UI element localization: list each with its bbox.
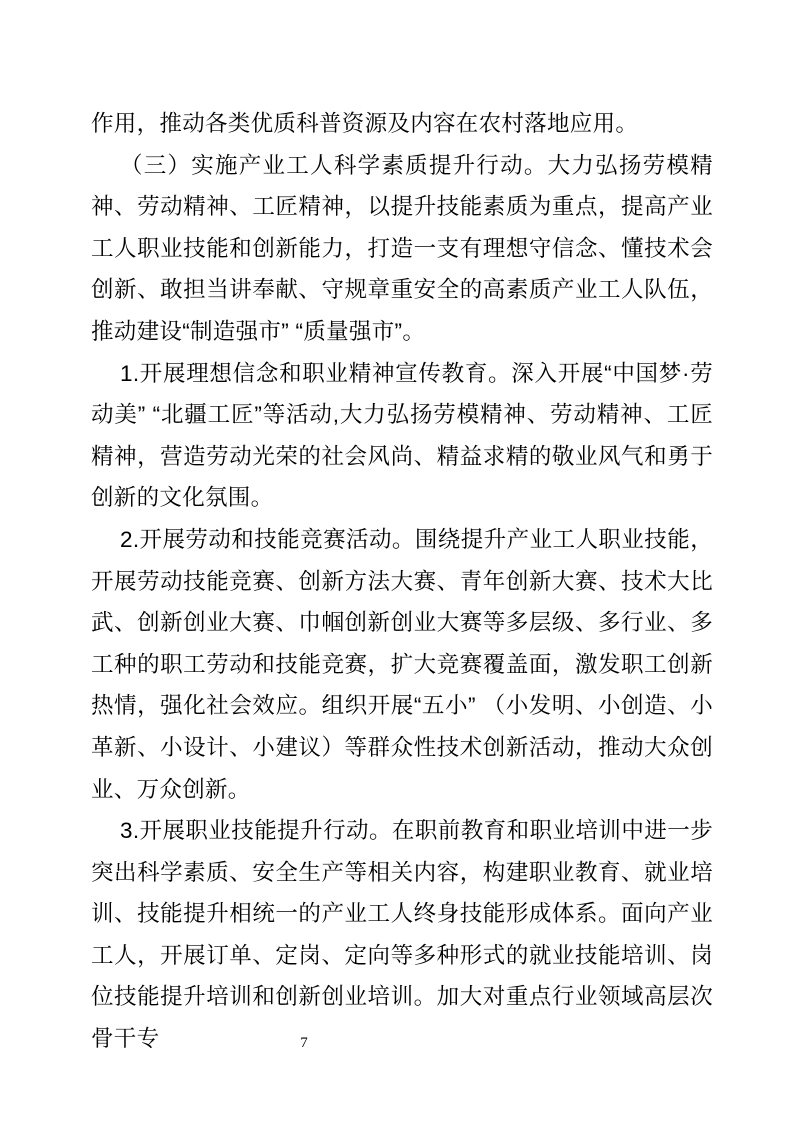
paragraph-item-3: 3.开展职业技能提升行动。在职前教育和职业培训中进一步突出科学素质、安全生产等相… [91,810,713,1060]
document-page: 作用，推动各类优质科普资源及内容在农村落地应用。 （三）实施产业工人科学素质提升… [0,0,793,1122]
page-number: 7 [292,1035,316,1052]
document-body: 作用，推动各类优质科普资源及内容在农村落地应用。 （三）实施产业工人科学素质提升… [91,103,713,1060]
paragraph-item-2: 2.开展劳动和技能竞赛活动。围绕提升产业工人职业技能，开展劳动技能竞赛、创新方法… [91,519,713,810]
paragraph-item-1: 1.开展理想信念和职业精神宣传教育。深入开展“中国梦·劳动美” “北疆工匠”等活… [91,353,713,519]
paragraph-section-3-heading: （三）实施产业工人科学素质提升行动。大力弘扬劳模精神、劳动精神、工匠精神，以提升… [91,145,713,353]
paragraph-continuation: 作用，推动各类优质科普资源及内容在农村落地应用。 [91,103,713,145]
